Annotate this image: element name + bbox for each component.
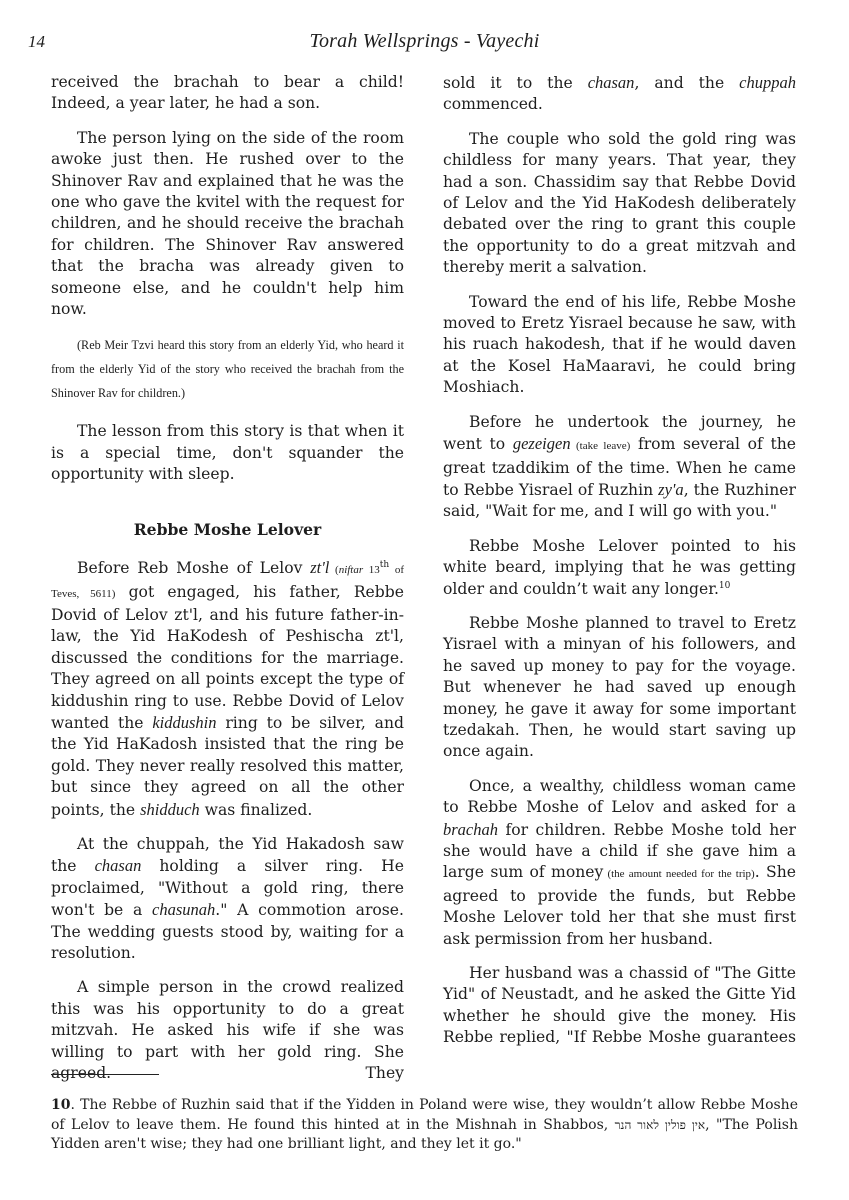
paragraph: The lesson from this story is that when …: [51, 421, 404, 485]
footnote: 10. The Rebbe of Ruzhin said that if the…: [51, 1096, 798, 1155]
right-column: sold it to the chasan, and the chuppah c…: [443, 72, 796, 1062]
paragraph: Before he undertook the journey, he went…: [443, 412, 796, 523]
paragraph: The person lying on the side of the room…: [51, 128, 404, 321]
paragraph: At the chuppah, the Yid Hakadosh saw the…: [51, 834, 404, 964]
source-note: (Reb Meir Tzvi heard this story from an …: [51, 333, 404, 405]
left-column: received the brachah to bear a child! In…: [51, 72, 404, 1097]
paragraph: Her husband was a chassid of "The Gitte …: [443, 963, 796, 1049]
footnote-number: 10: [51, 1097, 70, 1113]
section-heading: Rebbe Moshe Lelover: [51, 519, 404, 540]
paragraph: Rebbe Moshe Lelover pointed to his white…: [443, 536, 796, 600]
footnote-reference[interactable]: 10: [719, 580, 730, 590]
footnote-divider: [51, 1074, 159, 1075]
running-title: Torah Wellsprings - Vayechi: [0, 30, 849, 53]
paragraph: Before Reb Moshe of Lelov zt'l (niftar 1…: [51, 557, 404, 821]
paragraph: received the brachah to bear a child! In…: [51, 72, 404, 115]
page-header: 14 Torah Wellsprings - Vayechi: [0, 30, 849, 58]
paragraph: sold it to the chasan, and the chuppah c…: [443, 72, 796, 116]
paragraph: A simple person in the crowd realized th…: [51, 977, 404, 1084]
paragraph: The couple who sold the gold ring was ch…: [443, 129, 796, 279]
hebrew-quote: אין פולין לאור הנר: [615, 1118, 705, 1132]
paragraph: Once, a wealthy, childless woman came to…: [443, 776, 796, 950]
paragraph: Rebbe Moshe planned to travel to Eretz Y…: [443, 613, 796, 763]
paragraph: Toward the end of his life, Rebbe Moshe …: [443, 292, 796, 399]
